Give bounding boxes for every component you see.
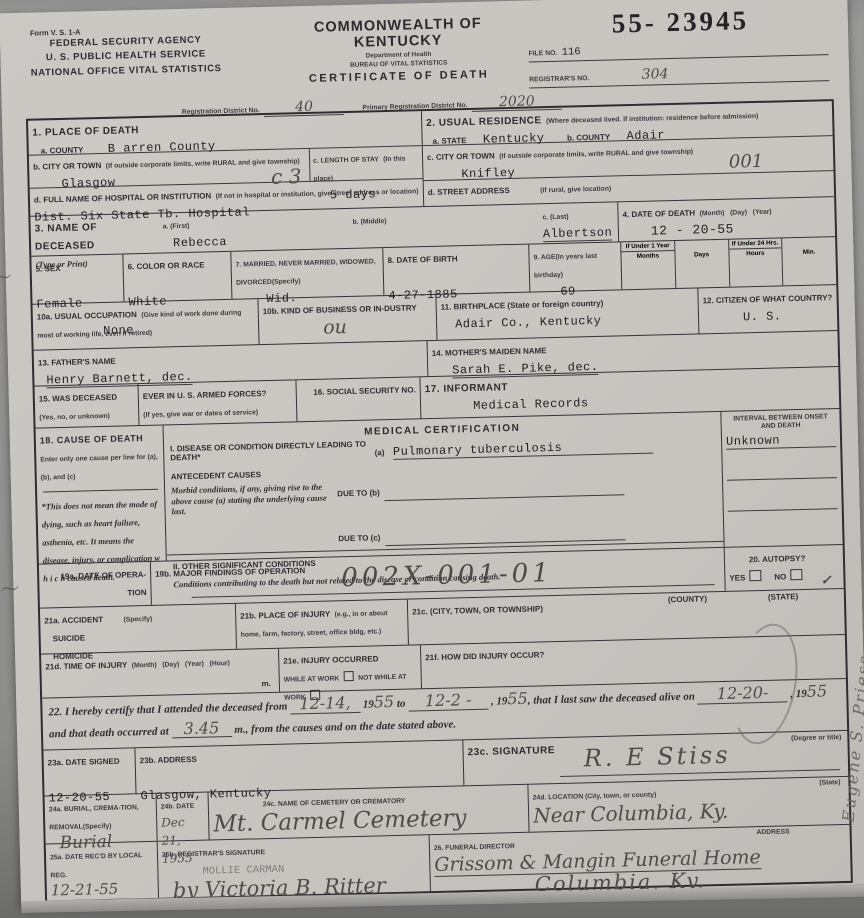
age-cell: 9. AGE(In years last birthday) 69 [529,242,622,291]
age-under-1yr-days: . Days [674,240,729,288]
date-received-handwritten: 12-21-55 [51,880,119,900]
file-no-line: FILE NO. 116 [528,35,828,62]
certify-p5: , that I last saw the deceased [528,692,657,707]
ssn-cell: 16. SOCIAL SECURITY NO. [296,377,421,421]
antecedent-label: ANTECEDENT CAUSES [171,470,261,481]
industry-handwritten: ou [323,316,347,339]
birthplace-value: Adair Co., Kentucky [455,314,602,332]
certify-p1: 22. I hereby certify that I attended the… [48,701,287,719]
pen-mark-icon: 〜 [0,260,14,292]
certificate-type: CERTIFICATE OF DEATH [269,68,529,86]
physician-signature: R. E Stiss [583,742,730,772]
dob-cell: 8. DATE OF BIRTH 4-27-1885 [383,245,530,296]
suicide-label: SUICIDE [53,634,86,644]
funeral-director-cell: 26. FUNERAL DIRECTOR ADDRESS Grissom & M… [430,825,851,891]
age-under-24h-hours: If Under 24 Hrs. Hours [728,238,783,286]
last-name-value: Albertson [543,226,613,243]
mother-label: 14. MOTHER'S MAIDEN NAME [432,346,547,358]
disease-label: I. DISEASE OR CONDITION DIRECTLY LEADING… [170,440,370,463]
age-label: 9. AGE(In years last birthday) [533,253,597,280]
time-of-injury-m: m. [261,679,271,688]
funeral-director-city-handwritten: Columbia, Ky. [535,868,707,896]
burial-location-state: (State) [819,779,840,787]
occupation-label: 10a. USUAL OCCUPATION [37,310,137,321]
age-days-header: Days [675,250,728,260]
interval-cell: INTERVAL BETWEEN ONSET AND DEATH Unknown [721,409,842,547]
certify-to-year: 55 [507,689,528,708]
date-of-death-cols: (Month) (Day) (Year) [699,209,771,218]
autopsy-no-label: NO [774,572,786,581]
morbid-note: Morbid conditions, if any, giving rise t… [171,482,331,552]
citizen-cell: 12. CITIZEN OF WHAT COUNTRY? U. S. [698,285,837,333]
race-label: 6. COLOR OR RACE [128,260,205,271]
certify-from-date: 12-14, [290,694,360,714]
place-of-death-section: 1. PLACE OF DEATH a. COUNTY B arren Coun… [28,111,424,216]
certify-alive-year: 55 [807,681,828,700]
usual-residence-title: 2. USUAL RESIDENCE [426,115,542,129]
street-address-note: (If rural, give location) [540,186,611,195]
burial-label: 24a. BURIAL, CREMA-TION, REMOVAL(Specify… [49,804,139,831]
time-of-injury-cols: (Month) (Day) (Year) (Hour) [132,660,230,669]
while-at-work-label: WHILE AT WORK [284,675,340,683]
certify-to-date: 12-2 - [408,691,488,712]
armed-forces-label: EVER IN U. S. ARMED FORCES? [143,389,267,401]
certify-death-time: 3.45 [171,719,231,739]
sex-cell: 5. SEX Female [31,254,124,303]
due-to-c-label: DUE TO (c) [338,533,380,543]
usual-residence-section: 2. USUAL RESIDENCE (Where deceased lived… [422,101,834,206]
father-label: 13. FATHER'S NAME [38,357,116,368]
due-to-b-line [384,476,624,501]
death-certificate-document: Form V. S. 1-A FEDERAL SECURITY AGENCY U… [0,0,864,905]
cause-title: 18. CAUSE OF DEATH [40,433,144,446]
funeral-director-label: 26. FUNERAL DIRECTOR [434,843,515,852]
stamped-file-number: 55- 23945 [611,5,749,39]
place-of-injury-label: 21b. PLACE OF INJURY [240,610,330,621]
autopsy-yes-checkbox [750,570,762,581]
cemetery-handwritten: Mt. Carmel Cemetery [213,805,467,837]
major-findings-handwritten: 002X-001-01 [341,560,553,591]
how-injury-label: 21f. HOW DID INJURY OCCUR? [425,650,544,662]
burial-location-cell: 24d. LOCATION (City, town, or county) (S… [528,777,849,832]
signature-note: (Degree or title) [791,734,841,743]
burial-location-handwritten: Near Columbia, Ky. [533,799,729,828]
signature-label: 23c. SIGNATURE [467,745,555,758]
res-city-label: c. CITY OR TOWN [427,151,495,162]
place-of-death-title: 1. PLACE OF DEATH [32,125,139,139]
res-city-value: Knifley [461,166,515,181]
dob-label: 8. DATE OF BIRTH [387,254,457,265]
autopsy-no-checkbox [791,569,803,580]
marital-cell: 7. MARRIED, NEVER MARRIED, WIDOWED, DIVO… [231,248,384,299]
ssn-label: 16. SOCIAL SECURITY NO. [313,385,416,396]
date-signed-cell: 23a. DATE SIGNED 12-20-55 [43,748,136,795]
name-of-deceased-label-cell: 3. NAME OF DECEASED (Type or Print) [30,214,159,256]
time-of-injury-cell: 21d. TIME OF INJURY (Month) (Day) (Year)… [41,649,280,698]
certify-p3: to [397,698,406,710]
industry-label: 10b. KIND OF BUSINESS OR IN-DUSTRY [263,303,417,316]
res-city-note: (If outside corporate limits, write RURA… [499,149,693,161]
city-town-handwritten-code: c 3 [271,165,302,188]
last-name-cell: c. (Last) Albertson [538,202,619,243]
issuing-agency-block: Form V. S. 1-A FEDERAL SECURITY AGENCY U… [30,24,222,80]
registrar-signature-label: 25b. REGISTRAR'S SIGNATURE [162,849,265,859]
address-label: 23b. ADDRESS [140,755,197,765]
cemetery-cell: 24c. NAME OF CEMETERY OR CREMATORY Mt. C… [208,785,529,840]
document-title: COMMONWEALTH OF KENTUCKY [268,15,529,53]
pen-mark-icon: 〜 [0,572,22,604]
was-deceased-label: 15. WAS DECEASED [39,393,117,404]
occupation-value: None [103,324,134,338]
middle-name-cell: b. (Middle) [348,204,539,248]
city-town-label: b. CITY OR TOWN [33,161,101,172]
date-of-death-cell: 4. DATE OF DEATH (Month) (Day) (Year) 12… [618,197,835,241]
citizen-value: U. S. [743,309,782,324]
age-min-header: Min. [783,247,836,257]
certify-p6: alive on [659,691,695,704]
funeral-director-address-label: ADDRESS [756,828,789,837]
certify-p8: and that death occurred at [49,725,169,740]
age-months-header: Months [621,251,674,261]
registrar-no-label: REGISTRAR'S NO. [529,75,589,83]
time-of-injury-label: 21d. TIME OF INJURY [45,661,127,672]
city-town-value: Glasgow [61,176,115,191]
certify-p7: , 19 [790,688,807,700]
certify-p9: m., from the causes and on the date stat… [234,718,456,735]
age-subgrid: If Under 1 Year Months . Days If Under 2… [621,237,836,289]
race-cell: 6. COLOR OR RACE White [123,252,232,302]
medical-certification-cell: MEDICAL CERTIFICATION I. DISEASE OR COND… [164,412,725,561]
date-received-cell: 25a. DATE REC'D BY LOCAL REG. 12-21-55 [46,842,159,901]
title-block: COMMONWEALTH OF KENTUCKY Department of H… [268,15,530,86]
usual-residence-note: (Where deceased lived. If institution: r… [546,113,758,125]
armed-forces-note: (If yes, give war or dates of service) [143,409,258,419]
res-city-handwritten-code: 001 [729,152,764,173]
age-hours-header: Hours [729,248,782,258]
burial-cell: 24a. BURIAL, CREMA-TION, REMOVAL(Specify… [45,794,158,844]
occupation-cell: 10a. USUAL OCCUPATION (Give kind of work… [33,299,260,350]
disease-a-prefix: (a) [375,448,385,457]
address-cell: 23b. ADDRESS Glasgow, Kentucky [135,740,464,793]
armed-forces-cell: EVER IN U. S. ARMED FORCES? (If yes, giv… [138,380,297,425]
registrar-typed-name: MOLLIE CARMAN [202,864,284,878]
date-of-death-label: 4. DATE OF DEATH [622,208,695,219]
date-of-death-value: 12 - 20-55 [651,222,734,239]
cause-note1: Enter only one cause per line for (a), (… [40,454,158,482]
certify-p4: , 19 [491,695,508,707]
injury-county-label: (COUNTY) [668,594,707,604]
certify-p2: 19 [363,698,374,710]
autopsy-yes-label: YES [729,573,745,582]
row-medical-certification: 18. CAUSE OF DEATH Enter only one cause … [36,409,843,565]
age-under-24h-min: . Min. [781,237,836,285]
due-to-c-line [385,521,625,546]
interval-label: INTERVAL BETWEEN ONSET AND DEATH [725,413,835,431]
was-deceased-cell: 15. WAS DECEASED (Yes, no, or unknown) [35,384,140,428]
injury-occurred-label: 21e. INJURY OCCURRED [283,654,378,665]
date-of-operation-cell: 19a. DATE OF OPERA-TION [39,562,152,608]
age-under-1yr-months: If Under 1 Year Months [621,241,675,289]
certify-alive-date: 12-20- [697,683,787,704]
informant-value: Medical Records [473,396,589,413]
place-of-injury-cell: 21b. PLACE OF INJURY (e.g., in or about … [236,600,409,649]
marital-label: 7. MARRIED, NEVER MARRIED, WIDOWED, DIVO… [236,258,376,286]
injury-state-label: (STATE) [768,592,799,602]
sex-label: 5. SEX [36,264,61,274]
birthplace-label: 11. BIRTHPLACE (State or foreign country… [441,299,604,312]
was-deceased-note: (Yes, no, or unknown) [39,413,110,422]
autopsy-cell: 20. AUTOPSY? YES NO ✓ [725,545,844,591]
birthplace-cell: 11. BIRTHPLACE (State or foreign country… [436,288,699,339]
length-of-stay-label: c. LENGTH OF STAY [313,156,379,165]
first-name-value: Rebecca [173,235,227,250]
major-findings-label: 19b. MAJOR FINDINGS OF OPERATION [155,566,305,579]
registrar-no-line: REGISTRAR'S NO. 304 [529,61,829,88]
date-of-operation-label: 19a. DATE OF OPERA-TION [60,570,146,597]
registrar-no-value: 304 [642,66,669,83]
certify-from-year: 55 [374,692,395,711]
last-name-label: c. (Last) [542,214,568,222]
middle-name-label: b. (Middle) [353,218,387,226]
industry-cell: 10b. KIND OF BUSINESS OR IN-DUSTRY ou [258,295,437,344]
file-no-value: 116 [562,46,581,58]
citizen-label: 12. CITIZEN OF WHAT COUNTRY? [703,293,833,305]
date-received-label: 25a. DATE REC'D BY LOCAL REG. [50,852,142,879]
name-title: 3. NAME OF DECEASED [35,222,97,253]
certificate-form: 1. PLACE OF DEATH a. COUNTY B arren Coun… [26,99,853,903]
autopsy-label: 20. AUTOPSY? [749,554,806,564]
due-to-b-label: DUE TO (b) [337,488,380,498]
hospital-label: d. FULL NAME OF HOSPITAL OR INSTITUTION [34,191,211,204]
autopsy-no-checkmark: ✓ [820,573,831,588]
accident-note: (Specify) [123,616,152,624]
first-name-cell: a. (First) Rebecca [158,209,349,253]
accident-cell: 21a. ACCIDENT (Specify) SUICIDE HOMICIDE [40,604,237,654]
injury-city-label: 21c. (CITY, TOWN, OR TOWNSHIP) [412,604,543,616]
while-at-work-checkbox [344,671,354,681]
file-no-label: FILE NO. [528,50,557,58]
burial-date-label: 24b. DATE [161,803,195,811]
hospital-note: (If not in hospital or institution, give… [216,188,419,200]
informant-label: 17. INFORMANT [425,382,508,395]
street-address-label: d. STREET ADDRESS [428,186,510,197]
registrar-handwritten-signature: by Victoria B. Ritter [173,873,387,903]
registrar-signature-cell: 25b. REGISTRAR'S SIGNATURE MOLLIE CARMAN… [158,835,431,898]
burial-date-cell: 24b. DATE Dec 21, 1955 [157,793,210,841]
injury-occurred-cell: 21e. INJURY OCCURRED WHILE AT WORK NOT W… [279,645,422,691]
cause-of-death-cell: 18. CAUSE OF DEATH Enter only one cause … [36,426,167,564]
accident-label: 21a. ACCIDENT [44,615,103,625]
signature-cell: 23c. SIGNATURE (Degree or title) R. E St… [463,731,848,785]
first-name-label: a. (First) [163,223,190,231]
date-signed-label: 23a. DATE SIGNED [48,757,120,768]
interval-value: Unknown [726,433,836,450]
